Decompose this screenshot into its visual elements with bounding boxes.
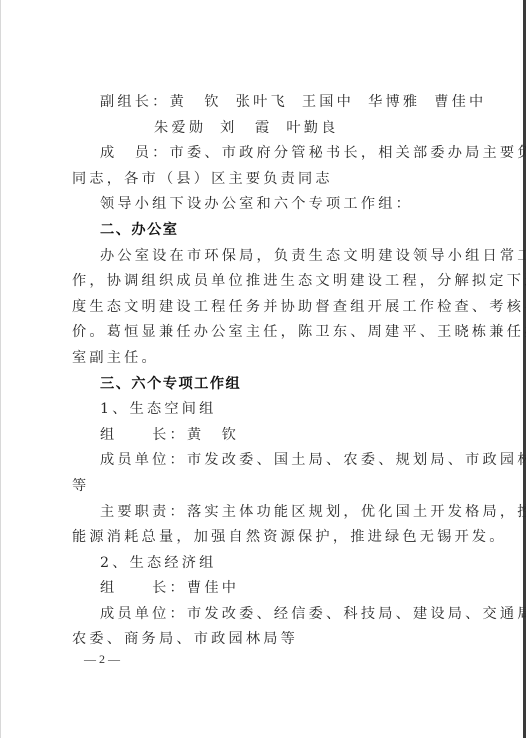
section-heading-office: 二、办公室: [72, 218, 458, 244]
group-members-line: 等: [72, 474, 458, 500]
deputy-leader-name: 黄 钦: [170, 94, 222, 110]
page-left-edge: [0, 0, 1, 738]
office-paragraph-line: 办公室设在市环保局，负责生态文明建设领导小组日常工: [72, 244, 458, 270]
group-members-line: 农委、商务局、市政园林局等: [72, 627, 458, 653]
deputy-leaders-label: 副组长：: [100, 94, 170, 110]
office-paragraph-line: 作，协调组织成员单位推进生态文明建设工程，分解拟定下达年: [72, 269, 458, 295]
deputy-leader-name: 张叶飞: [236, 94, 288, 110]
deputy-leaders-line-1: 副组长：黄 钦张叶飞王国中华博雅曹佳中: [72, 90, 458, 116]
office-paragraph-line: 价。葛恒显兼任办公室主任，陈卫东、周建平、王晓栋兼任办公: [72, 320, 458, 346]
document-page: 副组长：黄 钦张叶飞王国中华博雅曹佳中 朱爱勋刘 霞叶勤良 成 员：市委、市政府…: [72, 90, 458, 653]
group-leader: 组 长：黄 钦: [72, 423, 458, 449]
deputy-leader-name: 曹佳中: [434, 94, 486, 110]
deputy-leader-name: 华博雅: [368, 94, 420, 110]
group-title: 2、生态经济组: [72, 551, 458, 577]
members-line-1: 成 员：市委、市政府分管秘书长，相关部委办局主要负责: [72, 141, 458, 167]
deputy-leaders-line-2: 朱爱勋刘 霞叶勤良: [72, 116, 458, 142]
group-members-line: 成员单位：市发改委、国土局、农委、规划局、市政园林局: [72, 448, 458, 474]
group-duties-line: 主要职责：落实主体功能区规划，优化国土开发格局，控制: [72, 500, 458, 526]
setup-note: 领导小组下设办公室和六个专项工作组：: [72, 192, 458, 218]
group-title: 1、生态空间组: [72, 397, 458, 423]
deputy-leader-name: 王国中: [302, 94, 354, 110]
group-leader: 组 长：曹佳中: [72, 576, 458, 602]
section-heading-working-groups: 三、六个专项工作组: [72, 372, 458, 398]
office-paragraph-line: 度生态文明建设工程任务并协助督查组开展工作检查、考核与评: [72, 295, 458, 321]
group-members-line: 成员单位：市发改委、经信委、科技局、建设局、交通局、: [72, 602, 458, 628]
members-line-2: 同志，各市（县）区主要负责同志: [72, 167, 458, 193]
group-duties-line: 能源消耗总量，加强自然资源保护，推进绿色无锡开发。: [72, 525, 458, 551]
deputy-leader-name: 朱爱勋: [154, 120, 206, 136]
office-paragraph-line: 室副主任。: [72, 346, 458, 372]
page-number: — 2 —: [84, 652, 120, 667]
deputy-leader-name: 刘 霞: [220, 120, 272, 136]
deputy-leader-name: 叶勤良: [286, 120, 338, 136]
